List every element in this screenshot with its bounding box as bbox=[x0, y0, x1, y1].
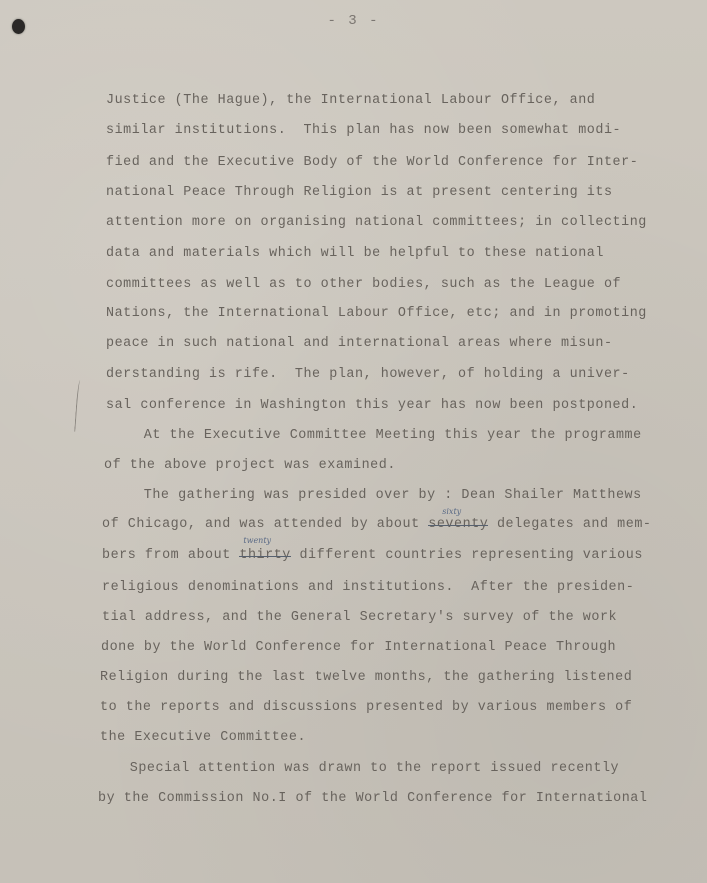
struck-word: sixtyseventy bbox=[428, 517, 488, 532]
text-line: fied and the Executive Body of the World… bbox=[106, 155, 638, 170]
margin-pencil-mark bbox=[74, 380, 82, 432]
text-line: data and materials which will be helpful… bbox=[106, 246, 604, 261]
text-line: of the above project was examined. bbox=[104, 458, 396, 473]
text-line: to the reports and discussions presented… bbox=[100, 700, 632, 715]
page-number: - 3 - bbox=[0, 13, 707, 29]
text-segment: bers from about bbox=[102, 548, 239, 563]
text-line: attention more on organising national co… bbox=[106, 215, 647, 230]
paragraph-line: Special attention was drawn to the repor… bbox=[104, 761, 619, 776]
text-line: religious denominations and institutions… bbox=[102, 580, 634, 595]
text-line: the Executive Committee. bbox=[100, 730, 306, 745]
text-line-countries: bers from about twentythirty different c… bbox=[102, 548, 643, 563]
text-line: Nations, the International Labour Office… bbox=[106, 306, 647, 321]
struck-text: thirty bbox=[239, 548, 291, 563]
text-line-attended: of Chicago, and was attended by about si… bbox=[102, 517, 652, 532]
text-line: done by the World Conference for Interna… bbox=[101, 640, 616, 655]
struck-text: seventy bbox=[428, 517, 488, 532]
document-page: - 3 - Justice (The Hague), the Internati… bbox=[0, 0, 707, 883]
paragraph-line: At the Executive Committee Meeting this … bbox=[118, 428, 642, 443]
text-line: Justice (The Hague), the International L… bbox=[106, 93, 595, 108]
text-line: similar institutions. This plan has now … bbox=[106, 123, 621, 138]
paragraph-line: The gathering was presided over by : Dea… bbox=[118, 488, 642, 503]
text-line: sal conference in Washington this year h… bbox=[106, 398, 638, 413]
text-line: committees as well as to other bodies, s… bbox=[106, 277, 621, 292]
text-line: national Peace Through Religion is at pr… bbox=[106, 185, 613, 200]
text-segment: delegates and mem- bbox=[488, 517, 651, 532]
handwritten-insertion: twenty bbox=[243, 536, 271, 545]
handwritten-insertion: sixty bbox=[442, 507, 461, 516]
text-line: by the Commission No.I of the World Conf… bbox=[98, 791, 647, 806]
text-line: Religion during the last twelve months, … bbox=[100, 670, 632, 685]
text-line: peace in such national and international… bbox=[106, 336, 613, 351]
text-segment: of Chicago, and was attended by about bbox=[102, 517, 428, 532]
text-line: derstanding is rife. The plan, however, … bbox=[106, 367, 630, 382]
text-line: tial address, and the General Secretary'… bbox=[102, 610, 617, 625]
struck-word: twentythirty bbox=[239, 548, 291, 563]
text-segment: different countries representing various bbox=[291, 548, 643, 563]
